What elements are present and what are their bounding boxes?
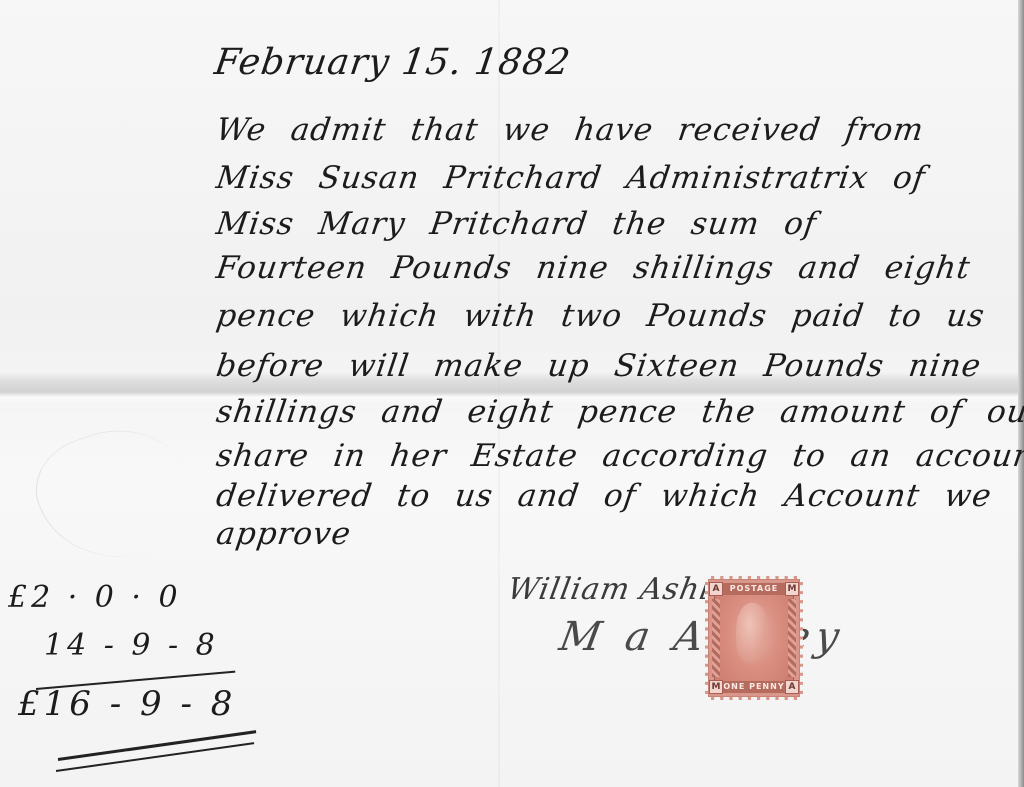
- sum-row-paid-before: £2 · 0 · 0: [8, 580, 182, 615]
- body-line-10: approve: [214, 516, 354, 552]
- body-line-6: before will make up Sixteen Pounds nine: [214, 348, 984, 384]
- signature-m-a-ashley: M a Ashley: [556, 614, 849, 660]
- stamp-side-ornament-right: [788, 599, 796, 677]
- body-line-5: pence which with two Pounds paid to us: [214, 298, 987, 334]
- body-line-3: Miss Mary Pritchard the sum of: [214, 206, 819, 242]
- sum-total: £16 - 9 - 8: [18, 684, 236, 724]
- body-line-9: delivered to us and of which Account we: [214, 478, 994, 514]
- stamp-corner-letter-tl: A: [709, 582, 723, 596]
- one-penny-postage-stamp: POSTAGE ONE PENNY A M M A: [705, 576, 803, 700]
- stamp-top-label: POSTAGE: [722, 583, 786, 595]
- body-line-7: shillings and eight pence the amount of …: [214, 394, 1024, 430]
- stamp-corner-letter-tr: M: [785, 582, 799, 596]
- stamp-corner-letter-bl: M: [709, 680, 723, 694]
- body-line-1: We admit that we have received from: [214, 112, 926, 148]
- document-date: February 15. 1882: [212, 42, 573, 83]
- stamp-bottom-label: ONE PENNY: [722, 681, 786, 693]
- body-line-8: share in her Estate according to an acco…: [214, 438, 1024, 474]
- body-line-4: Fourteen Pounds nine shillings and eight: [214, 250, 973, 286]
- stamp-side-ornament-left: [712, 599, 720, 677]
- sum-row-received: 14 - 9 - 8: [44, 628, 219, 663]
- stamp-corner-letter-br: A: [785, 680, 799, 694]
- queen-victoria-portrait-icon: [736, 603, 770, 665]
- sum-calculation: £2 · 0 · 0 14 - 9 - 8 £16 - 9 - 8: [0, 580, 270, 770]
- body-line-2: Miss Susan Pritchard Administratrix of: [214, 160, 928, 196]
